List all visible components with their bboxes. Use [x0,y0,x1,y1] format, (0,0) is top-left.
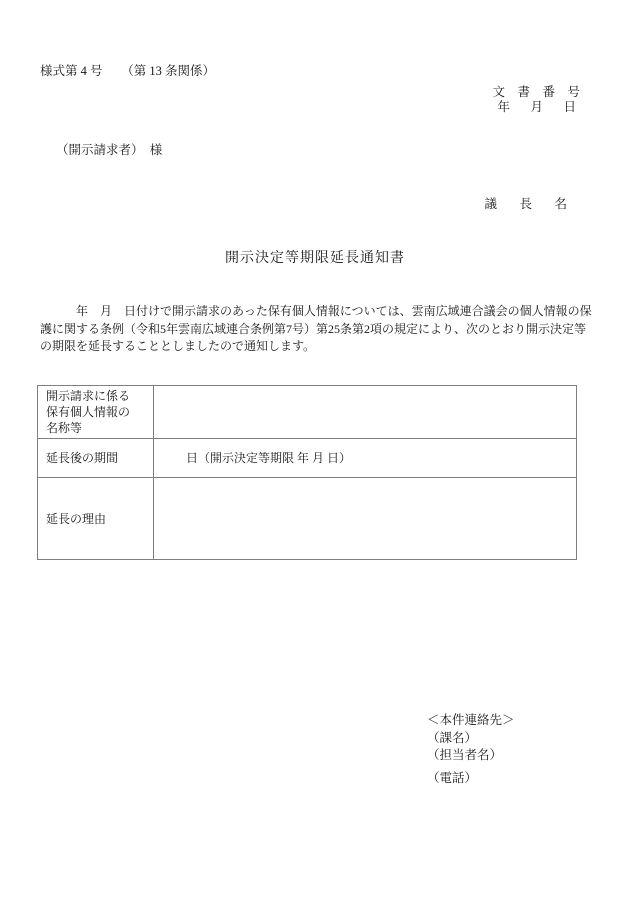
row-label-information-name: 開示請求に係る 保有個人情報の 名称等 [38,386,154,439]
table-row-extended-period: 延長後の期間 日（開示決定等期限 年 月 日） [38,439,577,478]
row-value-information-name [154,386,577,439]
signer-name-line: 議 長 名 [484,194,572,212]
document-page: 様式第 4 号 （第 13 条関係） 文 書 番 号 年 月 日 （開示請求者）… [0,0,630,903]
contact-block: ＜本件連絡先＞ （課名） （担当者名） （電話） [427,712,515,787]
row-value-extended-period: 日（開示決定等期限 年 月 日） [154,439,577,478]
table-row-information-name: 開示請求に係る 保有個人情報の 名称等 [38,386,577,439]
notice-body-paragraph: 年 月 日付けで開示請求のあった保有個人情報については、雲南広域連合議会の個人情… [40,303,600,356]
notice-table: 開示請求に係る 保有個人情報の 名称等 延長後の期間 日（開示決定等期限 年 月… [37,385,577,560]
contact-phone-line: （電話） [427,770,515,788]
row-label-extended-period: 延長後の期間 [38,439,154,478]
addressee-line: （開示請求者） 様 [56,140,162,158]
document-title: 開示決定等期限延長通知書 [0,247,630,267]
document-date-line: 年 月 日 [497,97,580,115]
contact-department-line: （課名） [427,730,515,748]
contact-person-line: （担当者名） [427,747,515,765]
table-row-extension-reason: 延長の理由 [38,478,577,560]
contact-header: ＜本件連絡先＞ [427,712,515,730]
row-label-extension-reason: 延長の理由 [38,478,154,560]
form-number: 様式第 4 号 （第 13 条関係） [40,61,215,79]
row-value-extension-reason [154,478,577,560]
